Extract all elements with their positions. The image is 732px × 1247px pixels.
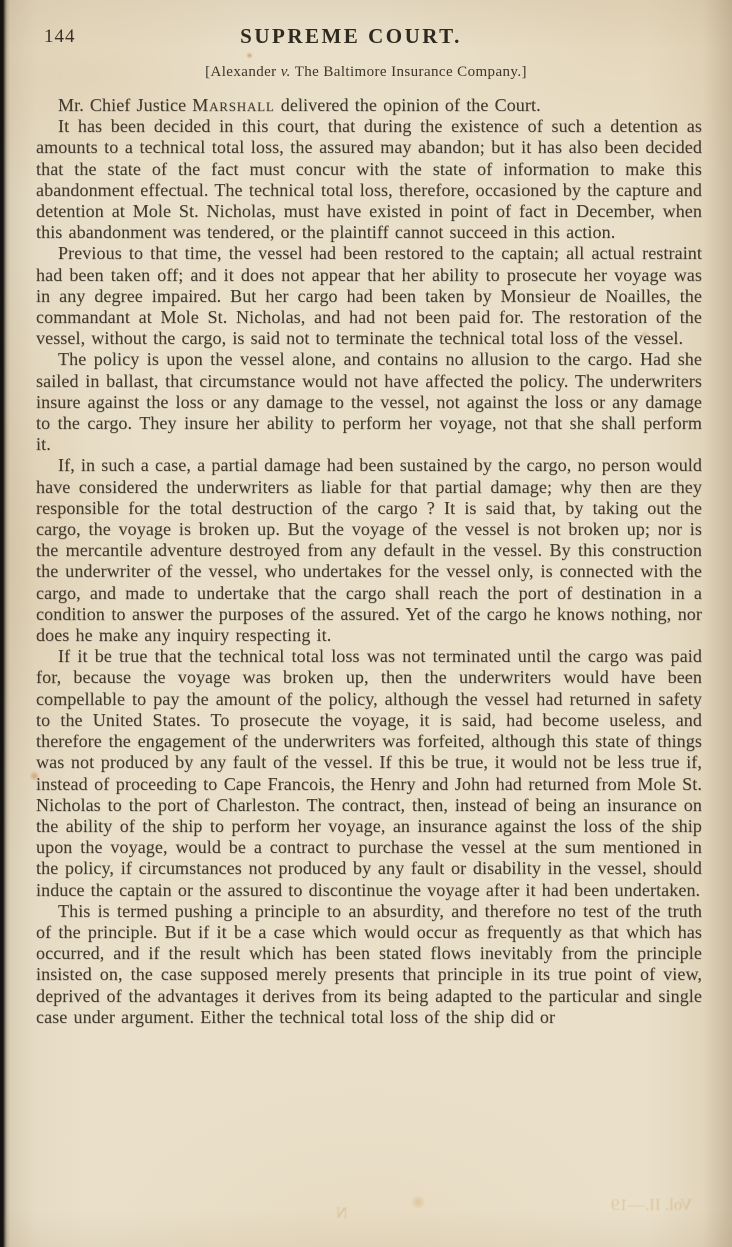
case-caption-open: [Alexander xyxy=(205,64,281,80)
opinion-paragraph: It has been decided in this court, that … xyxy=(36,116,702,243)
opinion-body: Mr. Chief Justice Marshall delivered the… xyxy=(36,95,702,1028)
attribution-suffix: delivered the opinion of the Court. xyxy=(275,95,541,115)
running-head: 144 SUPREME COURT. xyxy=(0,24,732,58)
show-through-volume-mark: Vol. II.—19 xyxy=(611,1195,692,1215)
justice-name: Marshall xyxy=(192,95,274,115)
scan-edge-shadow xyxy=(0,0,10,1247)
opinion-paragraph: This is termed pushing a principle to an… xyxy=(36,901,702,1028)
opinion-attribution-line: Mr. Chief Justice Marshall delivered the… xyxy=(36,95,702,116)
paper-stain xyxy=(410,1195,426,1209)
opinion-paragraph: If it be true that the technical total l… xyxy=(36,646,702,900)
case-caption-rest: The Baltimore Insurance Company.] xyxy=(291,64,527,80)
case-caption-versus: v. xyxy=(281,64,291,80)
opinion-paragraph: Previous to that time, the vessel had be… xyxy=(36,243,702,349)
opinion-paragraph: The policy is upon the vessel alone, and… xyxy=(36,349,702,455)
book-page: 144 SUPREME COURT. [Alexander v. The Bal… xyxy=(0,0,732,1247)
running-title: SUPREME COURT. xyxy=(0,24,702,49)
opinion-paragraph: If, in such a case, a partial damage had… xyxy=(36,455,702,646)
case-caption: [Alexander v. The Baltimore Insurance Co… xyxy=(30,64,702,81)
attribution-prefix: Mr. Chief Justice xyxy=(58,95,192,115)
show-through-signature-mark: N xyxy=(336,1205,348,1223)
